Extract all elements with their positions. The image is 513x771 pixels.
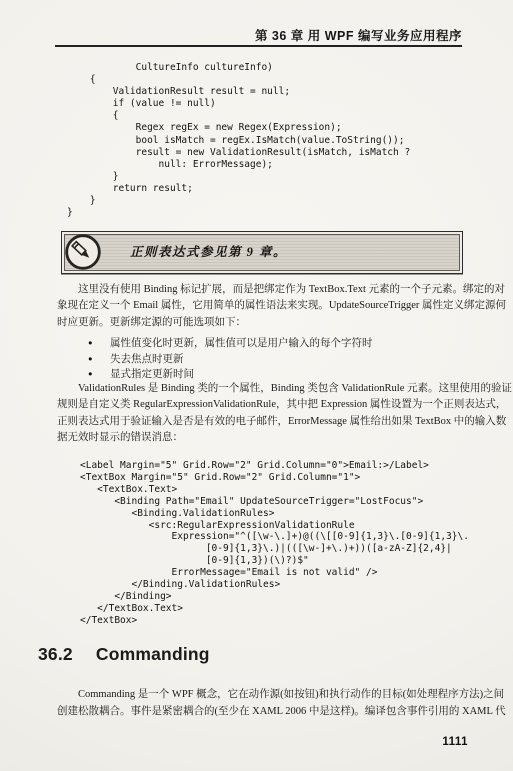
paragraph-line: Commanding 是一个 WPF 概念，它在动作源(如按钮)和执行动作的目标… xyxy=(57,687,465,704)
paragraph-commanding: Commanding 是一个 WPF 概念，它在动作源(如按钮)和执行动作的目标… xyxy=(57,687,465,720)
bullet-icon: ● xyxy=(88,335,110,351)
list-item: ●属性值变化时更新，属性值可以是用户输入的每个字符时 xyxy=(88,335,373,351)
paragraph-line: 创建松散耦合。事件是紧密耦合的(至少在 XAML 2006 中是这样)。编译包含… xyxy=(57,704,465,721)
bullet-icon: ● xyxy=(88,351,110,367)
section-title: Commanding xyxy=(96,644,210,664)
paragraph-line: 正则表达式用于验证输入是否是有效的电子邮件，ErrorMessage 属性给出如… xyxy=(57,414,465,430)
book-page: 第 36 章 用 WPF 编写业务应用程序 CultureInfo cultur… xyxy=(0,0,513,771)
bullet-icon: ● xyxy=(88,366,110,382)
code-block-xaml: <Label Margin="5" Grid.Row="2" Grid.Colu… xyxy=(80,460,469,627)
list-item-text: 属性值变化时更新，属性值可以是用户输入的每个字符时 xyxy=(110,338,373,349)
paragraph-line: 规则是自定义类 RegularExpressionValidationRule，… xyxy=(57,397,465,413)
paragraph-line: 象现在定义一个 Email 属性，它用简单的属性语法来实现。UpdateSour… xyxy=(57,298,465,314)
note-text: 正则表达式参见第 9 章。 xyxy=(130,232,287,273)
list-item-text: 显式指定更新时间 xyxy=(110,369,194,380)
paragraph-line: 这里没有使用 Binding 标记扩展，而是把绑定作为 TextBox.Text… xyxy=(57,282,465,298)
bullet-list: ●属性值变化时更新，属性值可以是用户输入的每个字符时 ●失去焦点时更新 ●显式指… xyxy=(88,335,373,382)
pencil-icon xyxy=(64,233,102,271)
chapter-title: 第 36 章 用 WPF 编写业务应用程序 xyxy=(255,26,462,44)
section-heading: 36.2Commanding xyxy=(38,644,210,665)
paragraph-line: 据无效时显示的错误消息： xyxy=(57,430,465,446)
code-block-csharp: CultureInfo cultureInfo) { ValidationRes… xyxy=(67,62,410,219)
page-number: 1111 xyxy=(442,736,468,748)
list-item: ●失去焦点时更新 xyxy=(88,351,373,367)
paragraph-validation: ValidationRules 是 Binding 类的一个属性，Binding… xyxy=(57,381,465,446)
paragraph-line: ValidationRules 是 Binding 类的一个属性，Binding… xyxy=(57,381,465,397)
section-number: 36.2 xyxy=(38,644,73,664)
list-item: ●显式指定更新时间 xyxy=(88,366,373,382)
paragraph-line: 时应更新。更新绑定源的可能选项如下： xyxy=(57,315,465,331)
header-rule xyxy=(55,45,462,47)
note-box: 正则表达式参见第 9 章。 xyxy=(61,231,463,274)
list-item-text: 失去焦点时更新 xyxy=(110,354,184,365)
paragraph-binding: 这里没有使用 Binding 标记扩展，而是把绑定作为 TextBox.Text… xyxy=(57,282,465,331)
